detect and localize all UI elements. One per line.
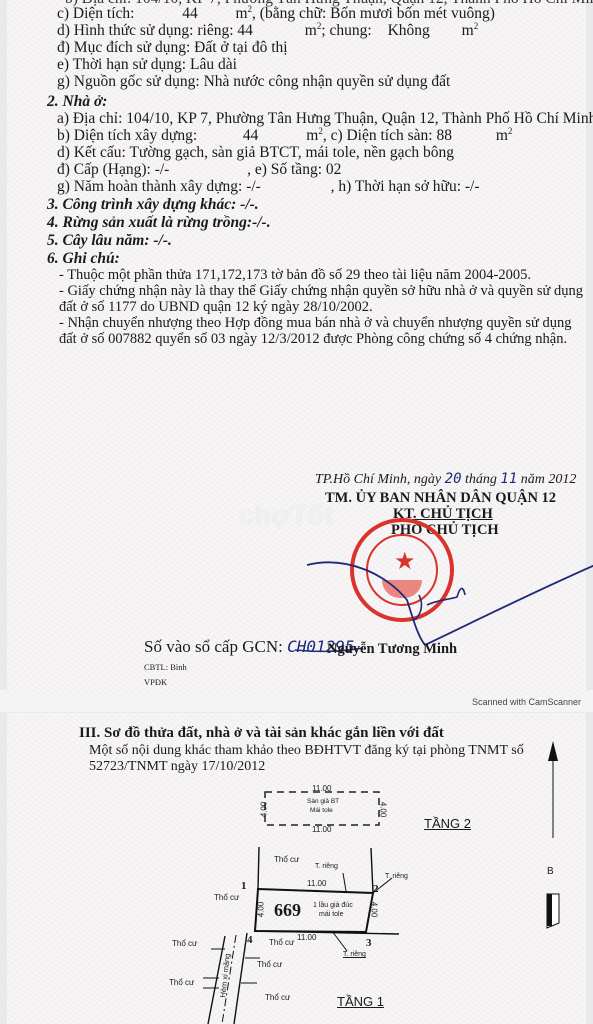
sign-day: 20 xyxy=(445,471,462,487)
note-3-cont: đất ở số 007882 quyển số 03 ngày 12/3/20… xyxy=(59,330,567,348)
neighbor-sw-2: Thổ cư xyxy=(169,978,194,987)
build-area-line: b) Diện tích xây dựng: 44 m2, c) Diện tí… xyxy=(57,127,512,145)
structure-line: d) Kết cấu: Tường gạch, sàn giả BTCT, má… xyxy=(57,144,454,162)
purpose-line: đ) Mục đích sử dụng: Đất ở tại đô thị xyxy=(57,39,288,57)
neighbor-south-2: Thổ cư xyxy=(257,960,282,969)
f1-depth-right: 4.00 xyxy=(369,902,378,918)
house-address: a) Địa chỉ: 104/10, KP 7, Phường Tân Hưn… xyxy=(57,110,593,128)
sign-year: 2012 xyxy=(548,472,576,487)
certificate-page: b) Địa chỉ: 104/10, KP 7, Phường Tân Hưn… xyxy=(7,0,586,697)
registry-label: Số vào sổ cấp GCN: xyxy=(144,637,283,656)
floor-area-value: 88 xyxy=(436,127,452,144)
corner-1: 1 xyxy=(241,877,247,895)
perennial-line: 5. Cây lâu năm: -/-. xyxy=(47,232,172,250)
f2-desc-1: Sàn giả BT xyxy=(307,798,339,805)
plot-diagram xyxy=(7,713,586,1024)
grade-value: đ) Cấp (Hạng): -/- xyxy=(57,161,169,178)
month-label: tháng xyxy=(465,472,497,487)
f2-depth-right: 4.00 xyxy=(378,802,387,818)
other-construction: 3. Công trình xây dựng khác: -/-. xyxy=(47,196,259,214)
neighbor-sw-1: Thổ cư xyxy=(172,939,197,948)
year-label: năm xyxy=(521,472,545,487)
f1-depth-left: 4.00 xyxy=(256,902,265,918)
f2-depth-left: 4.00 xyxy=(259,802,268,818)
private-wall-1: T. riêng xyxy=(315,863,338,870)
f2-width-top: 11.00 xyxy=(312,784,331,793)
land-area-line: c) Diện tích: 44 m2, (bằng chữ: Bốn mươi… xyxy=(57,5,495,23)
year-built-value: g) Năm hoàn thành xây dựng: -/- xyxy=(57,178,261,195)
plot-number: 669 xyxy=(274,901,301,919)
land-area-label: c) Diện tích: xyxy=(57,5,134,22)
term-line: e) Thời hạn sử dụng: Lâu dài xyxy=(57,56,237,74)
floor-2-label: TẦNG 2 xyxy=(424,816,471,831)
private-wall-2: T. riêng xyxy=(385,873,408,880)
f2-width-bottom: 11.00 xyxy=(312,825,331,834)
f1-desc-2: mái tole xyxy=(319,911,344,918)
f1-width-bottom: 11.00 xyxy=(297,933,316,942)
camscanner-label: Scanned with CamScanner xyxy=(472,697,581,707)
land-area-value: 44 xyxy=(182,5,198,22)
use-private-value: 44 xyxy=(237,22,253,39)
watermark: chợTốt xyxy=(239,500,334,531)
land-area-words: , (bằng chữ: Bốn mươi bốn mét vuông) xyxy=(252,5,495,22)
ownership-term-value: , h) Thời hạn sở hữu: -/- xyxy=(331,178,480,195)
use-form-line: d) Hình thức sử dụng: riêng: 44 m2; chun… xyxy=(57,22,478,40)
north-label: B xyxy=(547,866,554,877)
origin-line: g) Nguồn gốc sử dụng: Nhà nước công nhận… xyxy=(57,73,450,91)
use-common-label: ; chung: xyxy=(321,22,371,39)
signer-name: Nguyễn Tương Minh xyxy=(327,640,457,658)
corner-4: 4 xyxy=(247,931,253,949)
private-wall-3: T. riêng xyxy=(343,951,366,958)
neighbor-south-3: Thổ cư xyxy=(265,993,290,1002)
build-area-label: b) Diện tích xây dựng: xyxy=(57,127,197,144)
house-heading: 2. Nhà ở: xyxy=(47,93,107,111)
grade-line: đ) Cấp (Hạng): -/- , e) Số tầng: 02 xyxy=(57,161,341,179)
floors-value: , e) Số tầng: 02 xyxy=(247,161,341,178)
floor-area-label: , c) Diện tích sàn: xyxy=(323,127,433,144)
build-area-value: 44 xyxy=(243,127,259,144)
neighbor-south-1: Thổ cư xyxy=(269,938,294,947)
year-built-line: g) Năm hoàn thành xây dựng: -/- , h) Thờ… xyxy=(57,178,480,196)
place-date-prefix: TP.Hồ Chí Minh, ngày xyxy=(315,472,441,487)
use-common-value: Không xyxy=(388,22,430,39)
use-form-label: d) Hình thức sử dụng: riêng: xyxy=(57,22,234,39)
area-unit: m xyxy=(235,5,247,22)
diagram-page: III. Sơ đồ thửa đất, nhà ở và tài sản kh… xyxy=(7,713,586,1024)
sign-month: 11 xyxy=(500,471,517,487)
neighbor-west: Thổ cư xyxy=(214,893,239,902)
place-date: TP.Hồ Chí Minh, ngày 20 tháng 11 năm 201… xyxy=(315,470,576,489)
corner-3: 3 xyxy=(366,934,372,952)
corner-2: 2 xyxy=(373,880,379,898)
f1-desc-1: 1 lầu giả đúc xyxy=(313,902,353,909)
f1-width-top: 11.00 xyxy=(307,879,326,888)
floor-1-label: TẦNG 1 xyxy=(337,994,384,1009)
neighbor-north: Thổ cư xyxy=(274,855,299,864)
f2-desc-2: Mái tole xyxy=(310,807,333,814)
vpdk-line: VPĐK xyxy=(144,673,167,691)
forest-line: 4. Rừng sản xuất là rừng trồng:-/-. xyxy=(47,214,271,232)
